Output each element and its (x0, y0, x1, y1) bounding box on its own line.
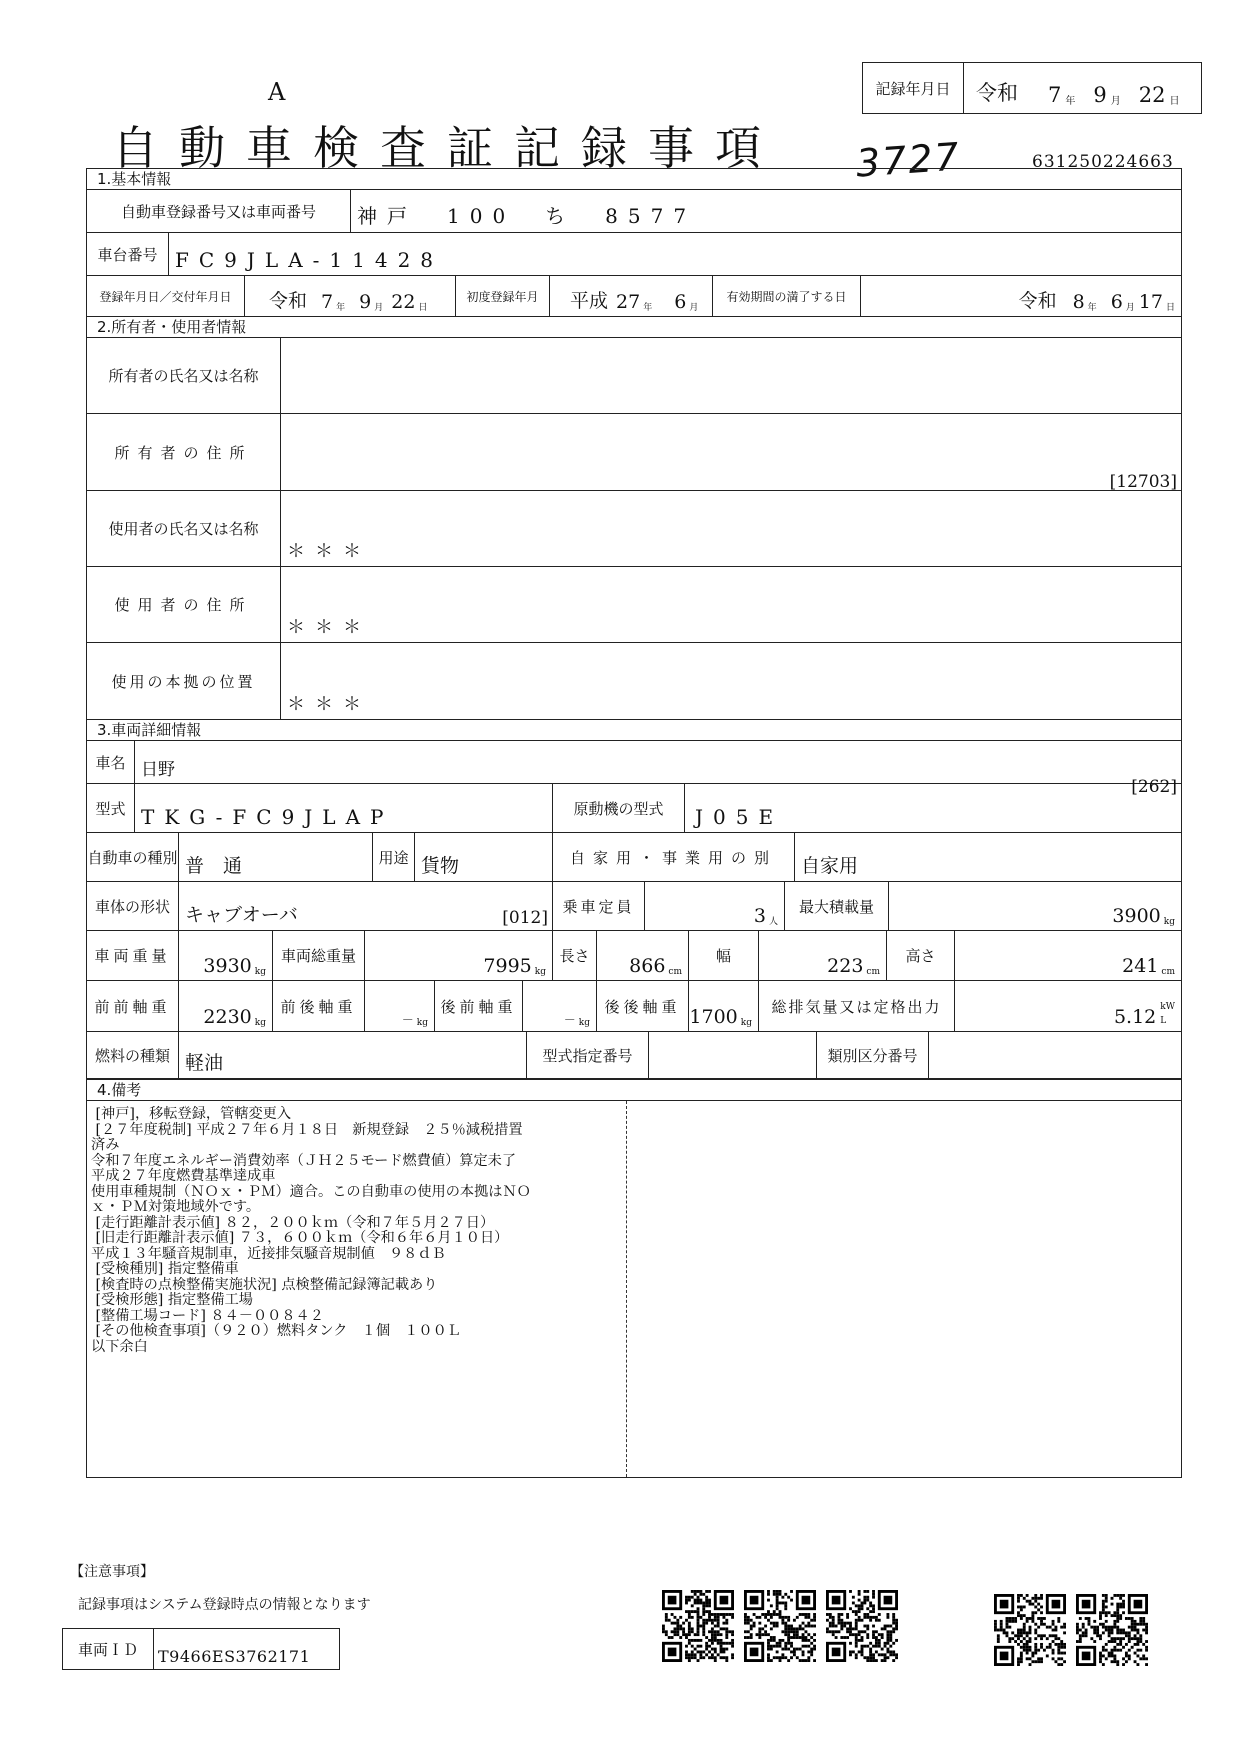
owner-name-row: 所有者の氏名又は名称 (87, 338, 1181, 414)
weight: 3930 (203, 955, 251, 977)
engine-model-label: 原動機の型式 (553, 784, 685, 832)
gross-weight-value: 7995kg (365, 931, 553, 980)
width-value: 223cm (759, 931, 887, 980)
unit: cm (1161, 967, 1175, 977)
record-date-value: 令和 7年 9月 22日 (964, 63, 1201, 113)
first-reg-month: 6 (674, 291, 686, 313)
unit: cm (668, 967, 682, 977)
remarks-blank (627, 1101, 1181, 1477)
base-location-label: 使用の本拠の位置 (87, 643, 281, 719)
width-label: 幅 (689, 931, 759, 980)
user-name-value: ＊＊＊ (281, 491, 1181, 566)
chassis-number: FC9JLA-11428 (169, 233, 1181, 275)
category-value (929, 1032, 1181, 1078)
use-label: 用途 (373, 833, 415, 881)
dates-row: 登録年月日／交付年月日 令和 7年 9月 22日 初度登録年月 平成 27年 6… (87, 276, 1181, 317)
vehicle-id-box: 車両ＩＤ T9466ES3762171 (62, 1628, 340, 1670)
length: 866 (629, 955, 665, 977)
unit: kg (1164, 917, 1175, 927)
first-reg-era: 平成 (570, 286, 608, 313)
qr-code-icon (826, 1590, 898, 1662)
model-row: 型式 TKG-FC9JLAP 原動機の型式 J05E (87, 784, 1181, 833)
qr-code-icon (662, 1590, 734, 1662)
notice-title: 【注意事項】 (70, 1561, 154, 1581)
owner-address-code: [12703] (1110, 472, 1177, 492)
base-location-row: 使用の本拠の位置 ＊＊＊ (87, 643, 1181, 720)
car-name-row: 車名 日野 [262] (87, 741, 1181, 784)
record-year: 7 (1048, 83, 1061, 107)
use-value: 貨物 (415, 833, 553, 881)
car-name-value: 日野 [262] (135, 741, 1181, 783)
registration-number: 神戸 100 ち 8577 (351, 190, 1181, 232)
ff-axle-label: 前前軸重 (87, 981, 179, 1031)
unit: 日 (418, 300, 427, 313)
rf-axle-label: 後前軸重 (435, 981, 523, 1031)
unit: kg (579, 1018, 590, 1028)
car-name-label: 車名 (87, 741, 135, 783)
type-designation-label: 型式指定番号 (527, 1032, 649, 1078)
vehicle-id-label: 車両ＩＤ (63, 1629, 154, 1669)
unit: kg (417, 1018, 428, 1028)
fr-axle-value: －kg (365, 981, 435, 1031)
rr-axle-value: 1700kg (689, 981, 759, 1031)
body-shape-value: キャブオーバ [012] (179, 882, 553, 930)
form-letter: A (268, 78, 285, 106)
length-value: 866cm (597, 931, 689, 980)
weights-row: 車両重量 3930kg 車両総重量 7995kg 長さ 866cm 幅 223c… (87, 931, 1181, 981)
reg-date-value: 令和 7年 9月 22日 (245, 276, 456, 316)
record-era: 令和 (976, 77, 1018, 107)
unit-month: 月 (1111, 92, 1121, 107)
user-name-row: 使用者の氏名又は名称 ＊＊＊ (87, 491, 1181, 567)
model-label: 型式 (87, 784, 135, 832)
reg-date-year: 7 (321, 291, 333, 313)
record-month: 9 (1093, 83, 1106, 107)
fuel-row: 燃料の種類 軽油 型式指定番号 類別区分番号 (87, 1032, 1181, 1079)
ff-axle: 2230 (203, 1006, 251, 1028)
first-reg-label: 初度登録年月 (456, 276, 550, 316)
unit: 年 (1088, 300, 1097, 313)
private-business-label: 自家用・事業用の別 (553, 833, 795, 881)
private-business-value: 自家用 (795, 833, 1181, 881)
unit: 月 (374, 300, 383, 313)
section-3-heading: 3.車両詳細情報 (87, 720, 1181, 741)
weight-value: 3930kg (179, 931, 273, 980)
height-value: 241cm (955, 931, 1181, 980)
owner-address-row: 所有者の住所 [12703] (87, 414, 1181, 491)
model-value: TKG-FC9JLAP (135, 784, 553, 832)
unit: 人 (769, 914, 778, 927)
rf-axle: － (564, 1011, 576, 1028)
height: 241 (1122, 955, 1158, 977)
vehicle-type-value: 普 通 (179, 833, 373, 881)
qr-code-icon (1076, 1594, 1148, 1666)
gross-weight: 7995 (483, 955, 531, 977)
capacity-value: 3人 (645, 882, 785, 930)
category-label: 類別区分番号 (817, 1032, 929, 1078)
expiry-era: 令和 (1019, 286, 1057, 313)
base-location-value: ＊＊＊ (281, 643, 1181, 719)
reg-date-day: 22 (391, 291, 415, 313)
notice-text: 記録事項はシステム登録時点の情報となります (78, 1594, 371, 1614)
weight-label: 車両重量 (87, 931, 179, 980)
remarks-area: [神戸]，移転登録，管轄変更入 [２７年度税制] 平成２７年６月１８日 新規登録… (87, 1101, 1181, 1477)
max-load: 3900 (1112, 905, 1160, 927)
qr-code-icon (994, 1594, 1066, 1666)
capacity: 3 (754, 905, 766, 927)
unit: cm (866, 967, 880, 977)
car-name: 日野 (141, 755, 175, 780)
type-designation-value (649, 1032, 817, 1078)
max-load-value: 3900kg (889, 882, 1181, 930)
capacity-label: 乗車定員 (553, 882, 645, 930)
engine-model-value: J05E (685, 784, 1181, 832)
section-1-heading: 1.基本情報 (87, 169, 1181, 190)
body-shape-code: [012] (502, 908, 548, 928)
fuel-value: 軽油 (179, 1032, 527, 1078)
unit-kw: kW (1160, 1000, 1175, 1014)
owner-address-value: [12703] (281, 414, 1181, 490)
unit: 月 (689, 300, 698, 313)
fr-axle-label: 前後軸重 (273, 981, 365, 1031)
section-2-heading: 2.所有者・使用者情報 (87, 317, 1181, 338)
unit: kg (255, 967, 266, 977)
vehicle-type-label: 自動車の種別 (87, 833, 179, 881)
record-date-label: 記録年月日 (863, 63, 964, 113)
vehicle-id-value: T9466ES3762171 (154, 1629, 339, 1669)
rr-axle: 1700 (689, 1006, 737, 1028)
unit: 年 (643, 300, 652, 313)
first-reg-year: 27 (616, 291, 640, 313)
qr-code-icon (744, 1590, 816, 1662)
axles-row: 前前軸重 2230kg 前後軸重 －kg 後前軸重 －kg 後後軸重 1700k… (87, 981, 1181, 1032)
displacement-label: 総排気量又は定格出力 (759, 981, 955, 1031)
gross-weight-label: 車両総重量 (273, 931, 365, 980)
expiry-label: 有効期間の満了する日 (713, 276, 861, 316)
length-label: 長さ (553, 931, 597, 980)
chassis-row: 車台番号 FC9JLA-11428 (87, 233, 1181, 276)
unit: kg (741, 1018, 752, 1028)
ff-axle-value: 2230kg (179, 981, 273, 1031)
expiry-month: 6 (1111, 291, 1123, 313)
max-load-label: 最大積載量 (785, 882, 889, 930)
registration-label: 自動車登録番号又は車両番号 (87, 190, 351, 232)
body-row: 車体の形状 キャブオーバ [012] 乗車定員 3人 最大積載量 3900kg (87, 882, 1181, 931)
unit: kg (255, 1018, 266, 1028)
unit: 月 (1126, 300, 1135, 313)
user-address-row: 使用者の住所 ＊＊＊ (87, 567, 1181, 643)
fuel-label: 燃料の種類 (87, 1032, 179, 1078)
record-date-box: 記録年月日 令和 7年 9月 22日 (862, 62, 1202, 114)
rf-axle-value: －kg (523, 981, 597, 1031)
type-row: 自動車の種別 普 通 用途 貨物 自家用・事業用の別 自家用 (87, 833, 1181, 882)
displacement-value: 5.12 kW L (955, 981, 1181, 1031)
expiry-day: 17 (1139, 291, 1163, 313)
height-label: 高さ (887, 931, 955, 980)
unit-l: L (1160, 1014, 1175, 1028)
body-shape-label: 車体の形状 (87, 882, 179, 930)
expiry-year: 8 (1073, 291, 1085, 313)
owner-name-label: 所有者の氏名又は名称 (87, 338, 281, 413)
owner-address-label: 所有者の住所 (87, 414, 281, 490)
unit-day: 日 (1169, 92, 1179, 107)
chassis-label: 車台番号 (87, 233, 169, 275)
expiry-value: 令和 8年 6月 17日 (861, 276, 1181, 316)
user-address-label: 使用者の住所 (87, 567, 281, 642)
width: 223 (827, 955, 863, 977)
unit-year: 年 (1065, 92, 1075, 107)
registration-row: 自動車登録番号又は車両番号 神戸 100 ち 8577 (87, 190, 1181, 233)
remarks-text: [神戸]，移転登録，管轄変更入 [２７年度税制] 平成２７年６月１８日 新規登録… (87, 1101, 627, 1477)
user-address-value: ＊＊＊ (281, 567, 1181, 642)
inspection-form: 1.基本情報 自動車登録番号又は車両番号 神戸 100 ち 8577 車台番号 … (86, 168, 1182, 1478)
reg-date-label: 登録年月日／交付年月日 (87, 276, 245, 316)
body-shape: キャブオーバ (185, 900, 298, 927)
user-name-label: 使用者の氏名又は名称 (87, 491, 281, 566)
fr-axle: － (402, 1011, 414, 1028)
owner-name-value (281, 338, 1181, 413)
first-reg-value: 平成 27年 6月 (550, 276, 713, 316)
unit: kg (535, 967, 546, 977)
unit: 年 (336, 300, 345, 313)
rr-axle-label: 後後軸重 (597, 981, 689, 1031)
displacement: 5.12 (1114, 1006, 1156, 1028)
reg-date-month: 9 (359, 291, 371, 313)
section-4-heading: 4.備考 (87, 1079, 1181, 1101)
reg-date-era: 令和 (269, 286, 307, 313)
record-day: 22 (1139, 83, 1166, 107)
unit: 日 (1166, 300, 1175, 313)
